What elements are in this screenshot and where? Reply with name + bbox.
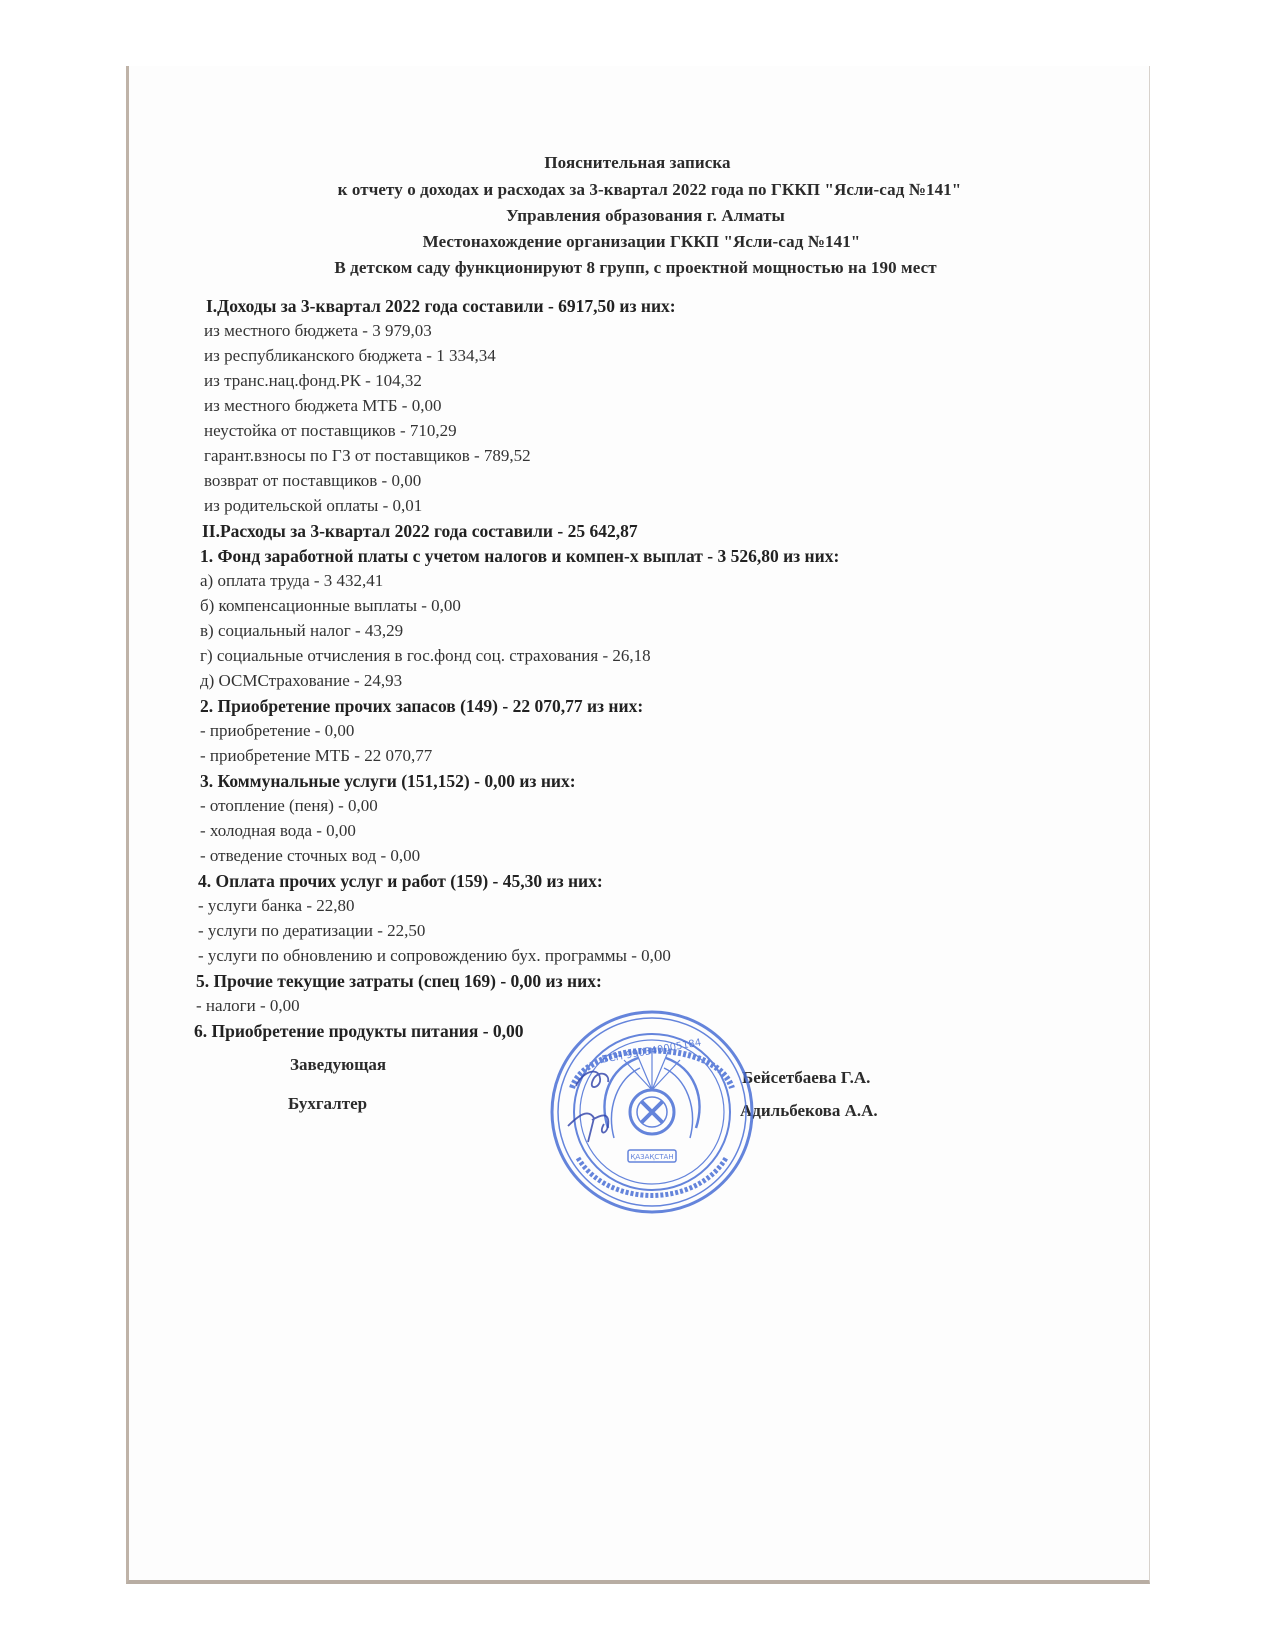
- income-item: неустойка от поставщиков - 710,29: [204, 421, 457, 441]
- income-item: возврат от поставщиков - 0,00: [204, 471, 421, 491]
- expense-item: - приобретение МТБ - 22 070,77: [200, 746, 432, 766]
- expense-section-title: 3. Коммунальные услуги (151,152) - 0,00 …: [200, 771, 576, 792]
- expense-item: - отведение сточных вод - 0,00: [200, 846, 420, 866]
- expense-item: - холодная вода - 0,00: [200, 821, 356, 841]
- expense-item: - отопление (пеня) - 0,00: [200, 796, 378, 816]
- expense-item: - приобретение - 0,00: [200, 721, 354, 741]
- document-subtitle: к отчету о доходах и расходах за 3-кварт…: [12, 180, 1275, 200]
- expense-item: - налоги - 0,00: [196, 996, 300, 1016]
- expense-item: д) ОСМСтрахование - 24,93: [200, 671, 402, 691]
- expense-section-title: 5. Прочие текущие затраты (спец 169) - 0…: [196, 971, 602, 992]
- expense-item: а) оплата труда - 3 432,41: [200, 571, 383, 591]
- official-stamp-icon: БСН 990340005184 ҚАЗАҚСТАН: [548, 1008, 756, 1216]
- income-item: из родительской оплаты - 0,01: [204, 496, 422, 516]
- svg-text:ҚАЗАҚСТАН: ҚАЗАҚСТАН: [630, 1153, 673, 1161]
- expense-item: - услуги по обновлению и сопровождению б…: [198, 946, 671, 966]
- expense-item: г) социальные отчисления в гос.фонд соц.…: [200, 646, 651, 666]
- expense-item: - услуги банка - 22,80: [198, 896, 355, 916]
- head-role-label: Заведующая: [290, 1055, 386, 1075]
- accountant-name: Адильбекова А.А.: [740, 1101, 878, 1121]
- income-item: гарант.взносы по ГЗ от поставщиков - 789…: [204, 446, 531, 466]
- expense-section-title: 4. Оплата прочих услуг и работ (159) - 4…: [198, 871, 603, 892]
- expense-section-title: 6. Приобретение продукты питания - 0,00: [194, 1021, 524, 1042]
- capacity-line: В детском саду функционируют 8 групп, с …: [0, 258, 1273, 278]
- expense-item: в) социальный налог - 43,29: [200, 621, 403, 641]
- expense-section-title: 2. Приобретение прочих запасов (149) - 2…: [200, 696, 643, 717]
- income-item: из местного бюджета МТБ - 0,00: [204, 396, 441, 416]
- head-name: Бейсетбаева Г.А.: [742, 1068, 870, 1088]
- income-item: из транс.нац.фонд.РК - 104,32: [204, 371, 422, 391]
- department-line: Управления образования г. Алматы: [8, 206, 1275, 226]
- accountant-role-label: Бухгалтер: [288, 1094, 367, 1114]
- expense-item: б) компенсационные выплаты - 0,00: [200, 596, 461, 616]
- expense-item: - услуги по дератизации - 22,50: [198, 921, 425, 941]
- income-title: I.Доходы за 3-квартал 2022 года составил…: [206, 296, 676, 317]
- expense-section-title: 1. Фонд заработной платы с учетом налого…: [200, 546, 839, 567]
- income-item: из местного бюджета - 3 979,03: [204, 321, 432, 341]
- income-item: из республиканского бюджета - 1 334,34: [204, 346, 496, 366]
- location-line: Местонахождение организации ГККП "Ясли-с…: [4, 232, 1275, 252]
- expenses-title: II.Расходы за 3-квартал 2022 года состав…: [202, 521, 638, 542]
- document-title: Пояснительная записка: [0, 153, 1275, 173]
